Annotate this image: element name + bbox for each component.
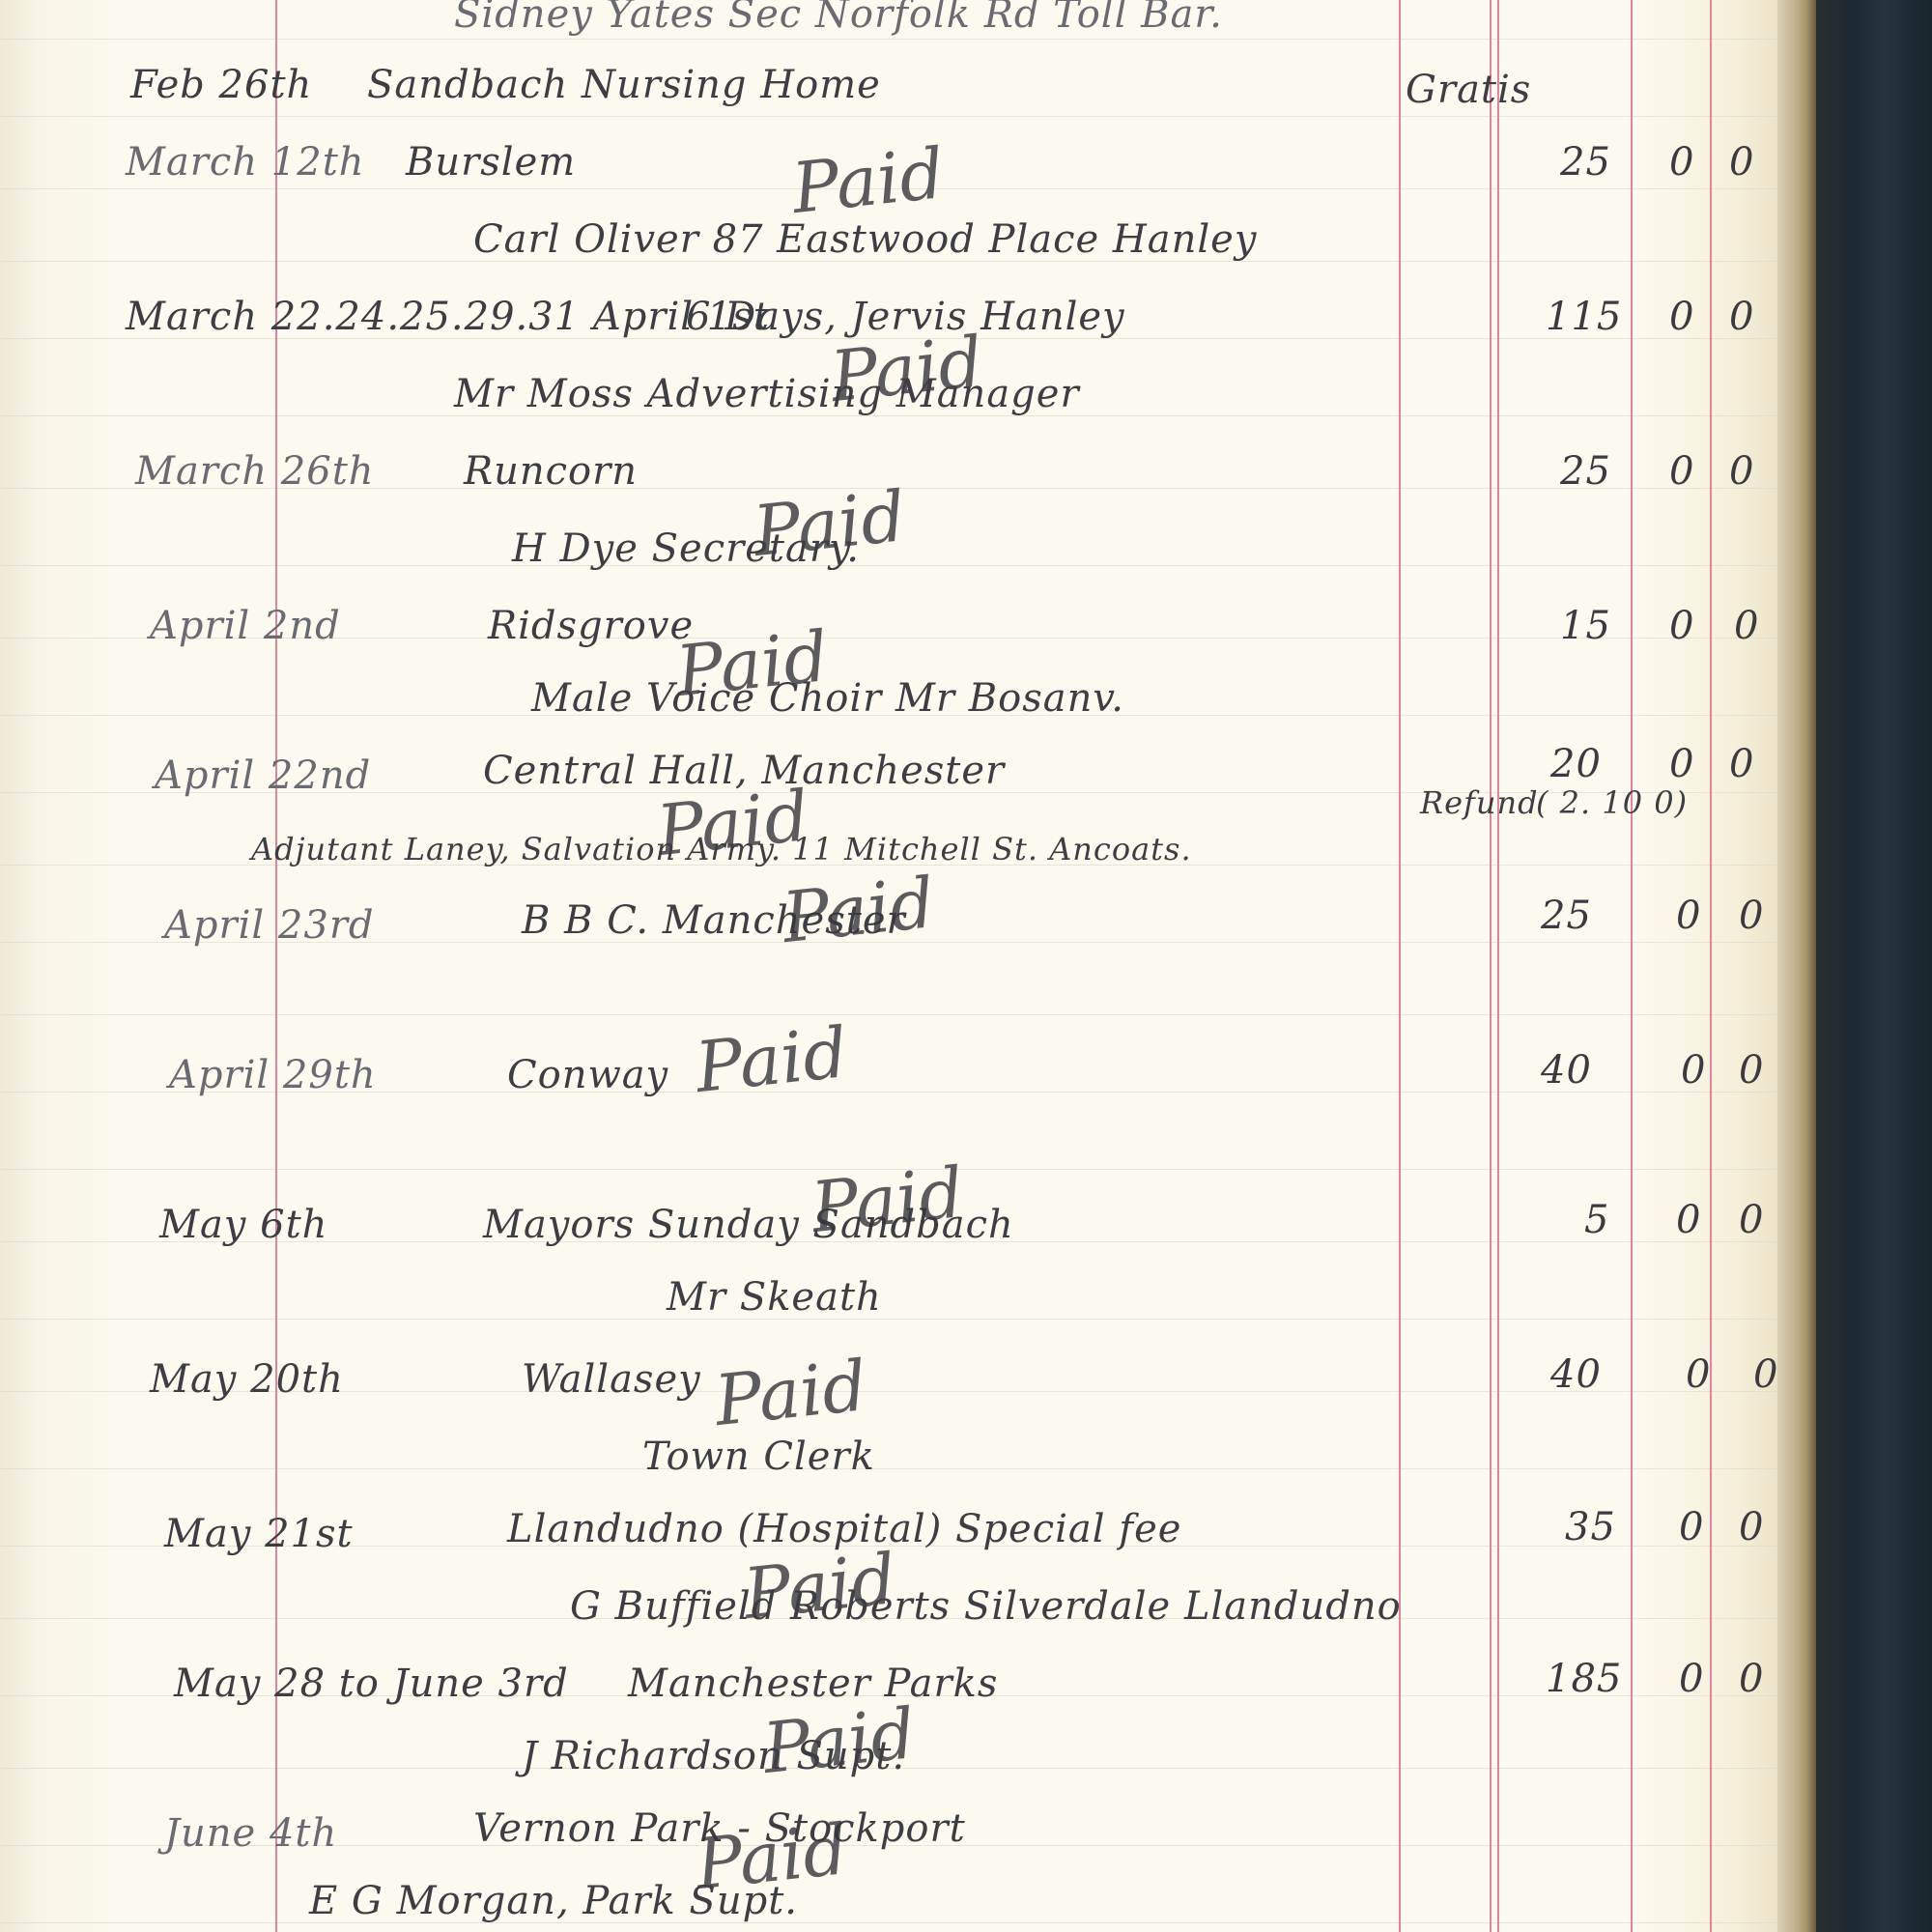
entry-amount-pounds: 25 [1560,140,1611,185]
entry-amount-shillings: 0 [1669,140,1694,185]
margin-rule [275,0,277,1932]
entry-date: May 20th [150,1357,344,1402]
entry-date: Feb 26th [130,63,312,107]
entry-amount-pence: 0 [1729,449,1754,494]
entry-amount-shillings: 0 [1686,1352,1711,1397]
entry-amount-pence: 0 [1734,604,1759,648]
entry-amount-pence: 0 [1739,1198,1764,1242]
entry-amount-pounds: 25 [1560,449,1611,494]
entry-amount-pounds: 40 [1541,1048,1592,1093]
entry-contact: E G Morgan, Park Supt. [309,1879,798,1923]
entry-amount-shillings: 0 [1669,742,1694,786]
entry-contact: Town Clerk [642,1435,875,1479]
ruling [0,39,1777,40]
entry-date: April 23rd [164,903,375,948]
entry-amount-pence: 0 [1729,140,1754,185]
entry-amount-shillings: 0 [1679,1657,1704,1701]
entry-amount-pence: 0 [1739,1657,1764,1701]
entry-contact: H Dye Secretary. [512,526,860,571]
top-contact-line: Sidney Yates Sec Norfolk Rd Toll Bar. [454,0,1223,37]
entry-amount-shillings: 0 [1679,1505,1704,1549]
entry-amount-pounds: 185 [1546,1657,1622,1701]
column-rule [1631,0,1633,1932]
paid-stamp: Paid [788,132,948,229]
paid-stamp: Paid [711,1345,870,1441]
entry-venue: Runcorn [464,449,638,494]
refund-label: Refund [1420,784,1539,821]
entry-amount-pounds: 15 [1560,604,1611,648]
ledger-page: Sidney Yates Sec Norfolk Rd Toll Bar. Fe… [0,0,1777,1932]
entry-venue: Sandbach Nursing Home [367,63,881,107]
entry-contact: Adjutant Laney, Salvation Army. 11 Mitch… [251,831,1192,867]
entry-amount-pounds: 115 [1546,295,1622,339]
entry-amount-pence: 0 [1729,295,1754,339]
column-rule [1497,0,1499,1932]
entry-venue: Ridsgrove [488,604,694,648]
entry-amount-pence: 0 [1729,742,1754,786]
entry-date: June 4th [164,1811,337,1856]
entry-date: April 2nd [150,604,341,648]
ruling [0,565,1777,566]
column-rule [1710,0,1712,1932]
entry-contact: G Buffield Roberts Silverdale Llandudno [570,1584,1402,1629]
entry-amount-pence: 0 [1753,1352,1778,1397]
column-rule [1490,0,1492,1932]
entry-amount-shillings: 0 [1669,295,1694,339]
entry-amount-pence: 0 [1739,1505,1764,1549]
entry-venue: Manchester Parks [628,1662,998,1706]
entry-contact: J Richardson Supt. [522,1734,905,1778]
entry-amount-shillings: 0 [1676,894,1701,938]
entry-venue: Burslem [406,140,576,185]
entry-amount-pence: 0 [1739,894,1764,938]
entry-date: April 29th [169,1053,377,1097]
entry-amount-shillings: 0 [1681,1048,1706,1093]
entry-date: March 22.24.25.29.31 April 1st [126,295,770,339]
entry-date: May 28 to June 3rd [174,1662,569,1706]
entry-amount-pounds: 5 [1584,1198,1609,1242]
entry-date: March 12th [126,140,365,185]
entry-contact: Mr Moss Advertising Manager [454,372,1080,416]
column-rule [1399,0,1401,1932]
refund-amount: ( 2. 10 0) [1536,784,1688,821]
ruling [0,1319,1777,1320]
ruling [0,1468,1777,1469]
entry-amount-pounds: Gratis [1406,68,1531,112]
entry-venue: Wallasey [522,1357,701,1402]
entry-amount-pounds: 40 [1550,1352,1602,1397]
entry-contact: Mr Skeath [667,1275,882,1320]
paid-stamp: Paid [692,1011,851,1108]
entry-date: May 6th [159,1203,327,1247]
page-edge [1777,0,1816,1932]
ruling [0,1922,1777,1923]
paid-stamp: Paid [779,862,938,958]
ruling [0,116,1777,117]
entry-amount-pounds: 25 [1541,894,1592,938]
ruling [0,1014,1777,1015]
book-binding [1816,0,1932,1932]
entry-contact: Male Voice Choir Mr Bosanv. [531,676,1124,721]
entry-amount-shillings: 0 [1676,1198,1701,1242]
entry-contact: Carl Oliver 87 Eastwood Place Hanley [473,217,1257,262]
paid-stamp: Paid [808,1151,967,1248]
entry-amount-shillings: 0 [1669,449,1694,494]
entry-amount-pounds: 35 [1565,1505,1616,1549]
entry-venue: Conway [507,1053,668,1097]
entry-amount-shillings: 0 [1669,604,1694,648]
entry-date: May 21st [164,1512,354,1556]
entry-date: April 22nd [155,753,371,798]
entry-date: March 26th [135,449,375,494]
entry-amount-pounds: 20 [1550,742,1602,786]
entry-amount-pence: 0 [1739,1048,1764,1093]
